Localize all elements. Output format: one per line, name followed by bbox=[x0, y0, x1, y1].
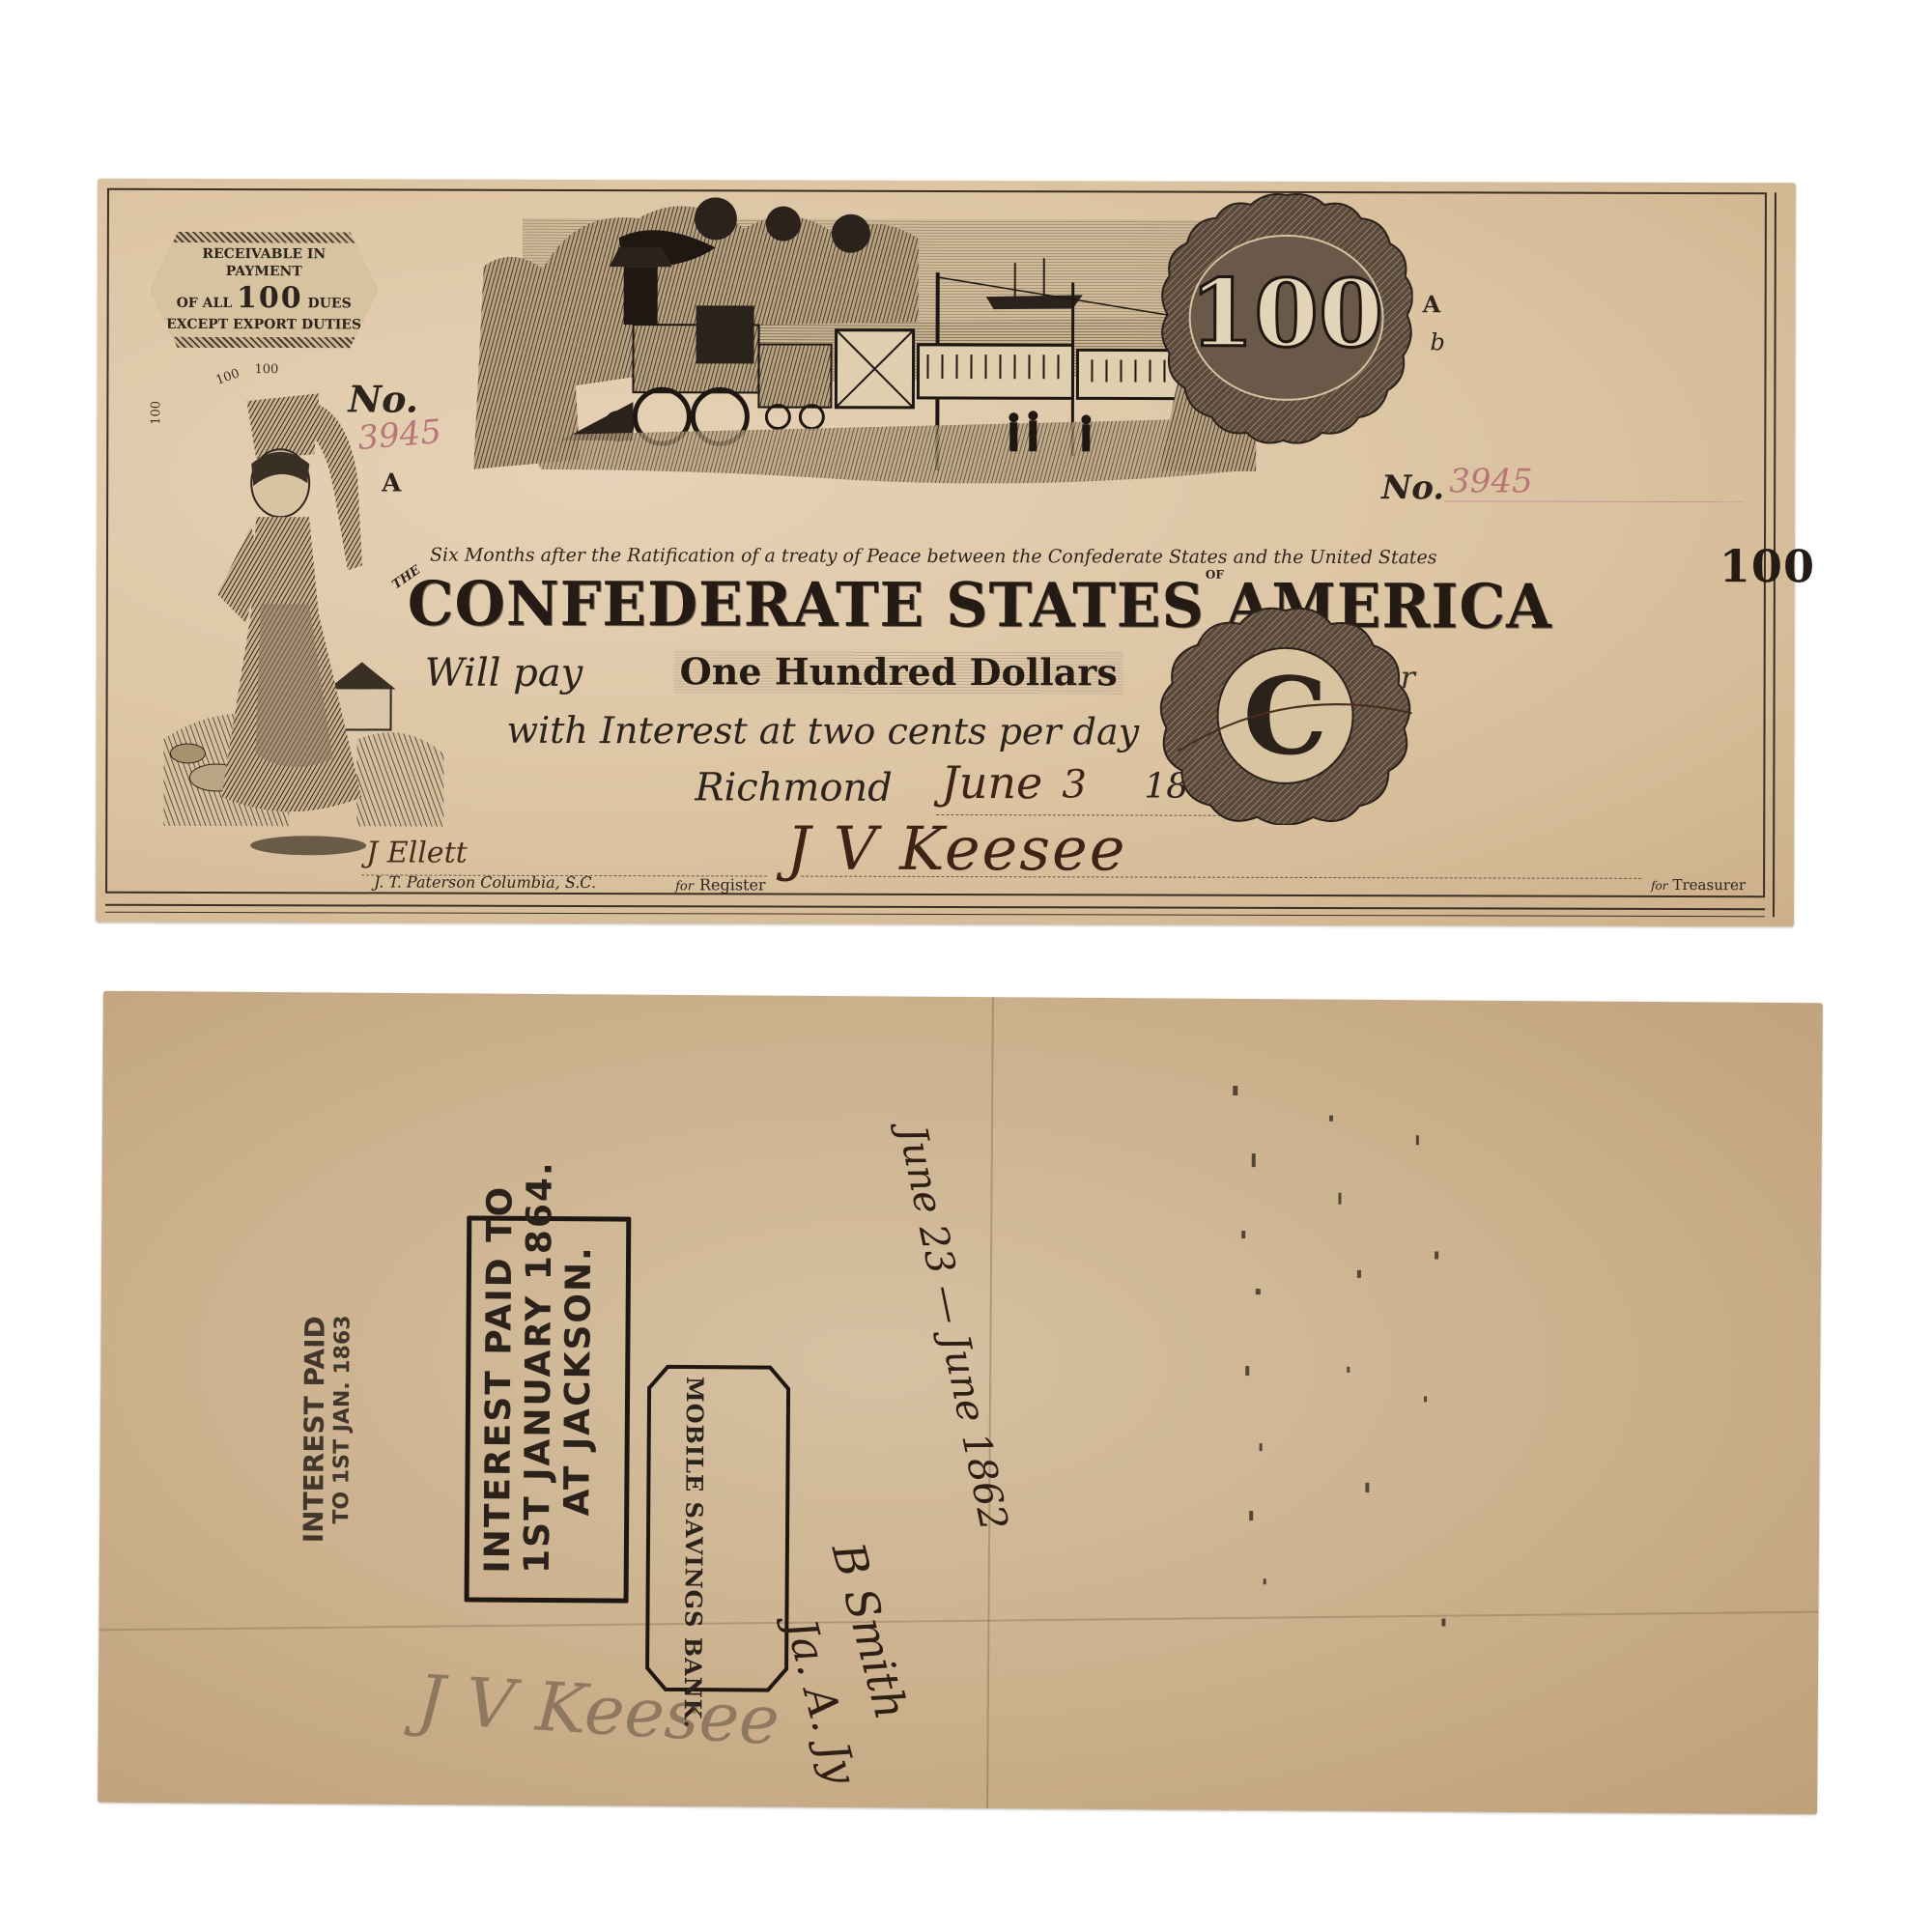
receivable-left: OF ALL bbox=[177, 296, 233, 311]
for-register-label: forRegister bbox=[675, 875, 766, 894]
mobile-savings-bank-stamp bbox=[644, 1364, 791, 1693]
receivable-in-payment-box: RECEIVABLE IN PAYMENT OF ALL 100 DUES EX… bbox=[151, 232, 378, 349]
receivable-line1: RECEIVABLE IN PAYMENT bbox=[164, 246, 364, 281]
front-bottom-rule bbox=[105, 904, 1765, 917]
fold-crease-horizontal bbox=[99, 1611, 1818, 1632]
stamp-1863-line2: TO 1ST JAN. 1863 bbox=[329, 1315, 355, 1523]
jackson-line3: AT JACKSON. bbox=[557, 1226, 599, 1535]
endorsement-date: June 23 — June 1862 bbox=[890, 1122, 1016, 1535]
stamp-1863-line1: INTEREST PAID bbox=[298, 1315, 331, 1543]
svg-text:100: 100 bbox=[1189, 259, 1383, 369]
printer-imprint: J. T. Paterson Columbia, S.C. bbox=[374, 872, 596, 892]
amount-text: One Hundred Dollars bbox=[674, 649, 1123, 694]
issue-date-day: 3 bbox=[1062, 762, 1087, 807]
jackson-line1: INTEREST PAID TO bbox=[478, 1226, 521, 1574]
train-vignette-illustration bbox=[464, 180, 1257, 549]
jackson-stamp-text: INTEREST PAID TO 1ST JANUARY 1864. AT JA… bbox=[478, 1226, 600, 1575]
plate-letter-a: A bbox=[1423, 290, 1441, 318]
treasurer-signature: J V Keesee bbox=[786, 813, 1126, 885]
number-label-right: No. bbox=[1381, 469, 1444, 507]
banknote-back: INTEREST PAID TO 1ST JAN. 1863 INTEREST … bbox=[98, 991, 1823, 1814]
serial-number-right: 3945 bbox=[1449, 462, 1533, 500]
receivable-value: 100 bbox=[237, 281, 303, 315]
series-letter-left: A bbox=[382, 469, 401, 497]
banknote-front: RECEIVABLE IN PAYMENT OF ALL 100 DUES EX… bbox=[96, 179, 1796, 927]
will-pay-text: Will pay bbox=[425, 651, 583, 696]
receivable-right: DUES bbox=[308, 296, 352, 311]
medallion-100-icon: 100 bbox=[1159, 191, 1413, 445]
issue-date-month: June bbox=[941, 756, 1042, 809]
for-register-text: Register bbox=[699, 875, 766, 894]
ink-specks bbox=[1208, 1076, 1503, 1754]
plate-letter-b: b bbox=[1431, 328, 1445, 355]
for-treasurer-prefix: for bbox=[1651, 879, 1667, 893]
receivable-line3: EXCEPT EXPORT DUTIES bbox=[164, 316, 364, 333]
serial-number-left: 3945 bbox=[356, 412, 443, 458]
for-register-prefix: for bbox=[675, 879, 694, 894]
interest-paid-1863-stamp: INTEREST PAID TO 1ST JAN. 1863 bbox=[298, 1315, 355, 1543]
jackson-line2: 1ST JANUARY 1864. bbox=[518, 1226, 560, 1574]
for-treasurer-text: Treasurer bbox=[1672, 876, 1746, 894]
side-denomination: 100 bbox=[1719, 540, 1815, 592]
medallion-c-icon: C bbox=[1158, 607, 1412, 826]
redemption-clause: Six Months after the Ratification of a t… bbox=[430, 545, 1647, 569]
issue-place: Richmond bbox=[695, 765, 893, 810]
small-100: 100 bbox=[149, 401, 163, 425]
for-treasurer-label: forTreasurer bbox=[1651, 876, 1746, 894]
issuer-title: CONFEDERATE STATES AMERICA bbox=[408, 569, 1605, 643]
interest-text: with Interest at two cents per day bbox=[506, 709, 1139, 753]
register-signature: J Ellett bbox=[366, 836, 468, 869]
